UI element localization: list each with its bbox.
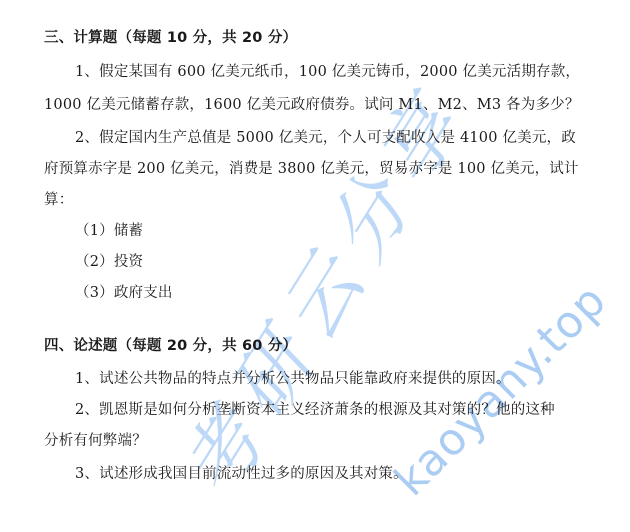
watermark-url: kaoyany.top bbox=[385, 275, 616, 506]
section3-q2-line1: 2、假定国内生产总值是 5000 亿美元，个人可支配收入是 4100 亿美元，政 bbox=[75, 126, 576, 147]
section3-sub1: （1）储蓄 bbox=[75, 219, 143, 240]
section4-q2-line1: 2、凯恩斯是如何分析垄断资本主义经济萧条的根源及其对策的？他的这种 bbox=[75, 398, 555, 419]
section4-q1: 1、试述公共物品的特点并分析公共物品只能靠政府来提供的原因。 bbox=[75, 367, 511, 388]
section3-heading: 三、计算题（每题 10 分，共 20 分） bbox=[44, 26, 297, 47]
section3-sub2: （2）投资 bbox=[75, 250, 143, 271]
section4-q3: 3、试述形成我国目前流动性过多的原因及其对策。 bbox=[75, 462, 408, 483]
section4-heading: 四、论述题（每题 20 分，共 60 分） bbox=[44, 334, 297, 355]
section3-q2-line2: 府预算赤字是 200 亿美元，消费是 3800 亿美元，贸易赤字是 100 亿美… bbox=[44, 157, 579, 178]
section4-q2-line2: 分析有何弊端？ bbox=[44, 429, 147, 450]
section3-sub3: （3）政府支出 bbox=[75, 281, 173, 302]
section3-q1-line1: 1、假定某国有 600 亿美元纸币，100 亿美元铸币，2000 亿美元活期存款… bbox=[75, 60, 580, 81]
section3-q2-line3: 算： bbox=[44, 188, 73, 209]
document-page: 考研云分享 kaoyany.top 三、计算题（每题 10 分，共 20 分） … bbox=[0, 0, 630, 532]
section3-q1-line2: 1000 亿美元储蓄存款，1600 亿美元政府债券。试问 M1、M2、M3 各为… bbox=[44, 93, 580, 114]
